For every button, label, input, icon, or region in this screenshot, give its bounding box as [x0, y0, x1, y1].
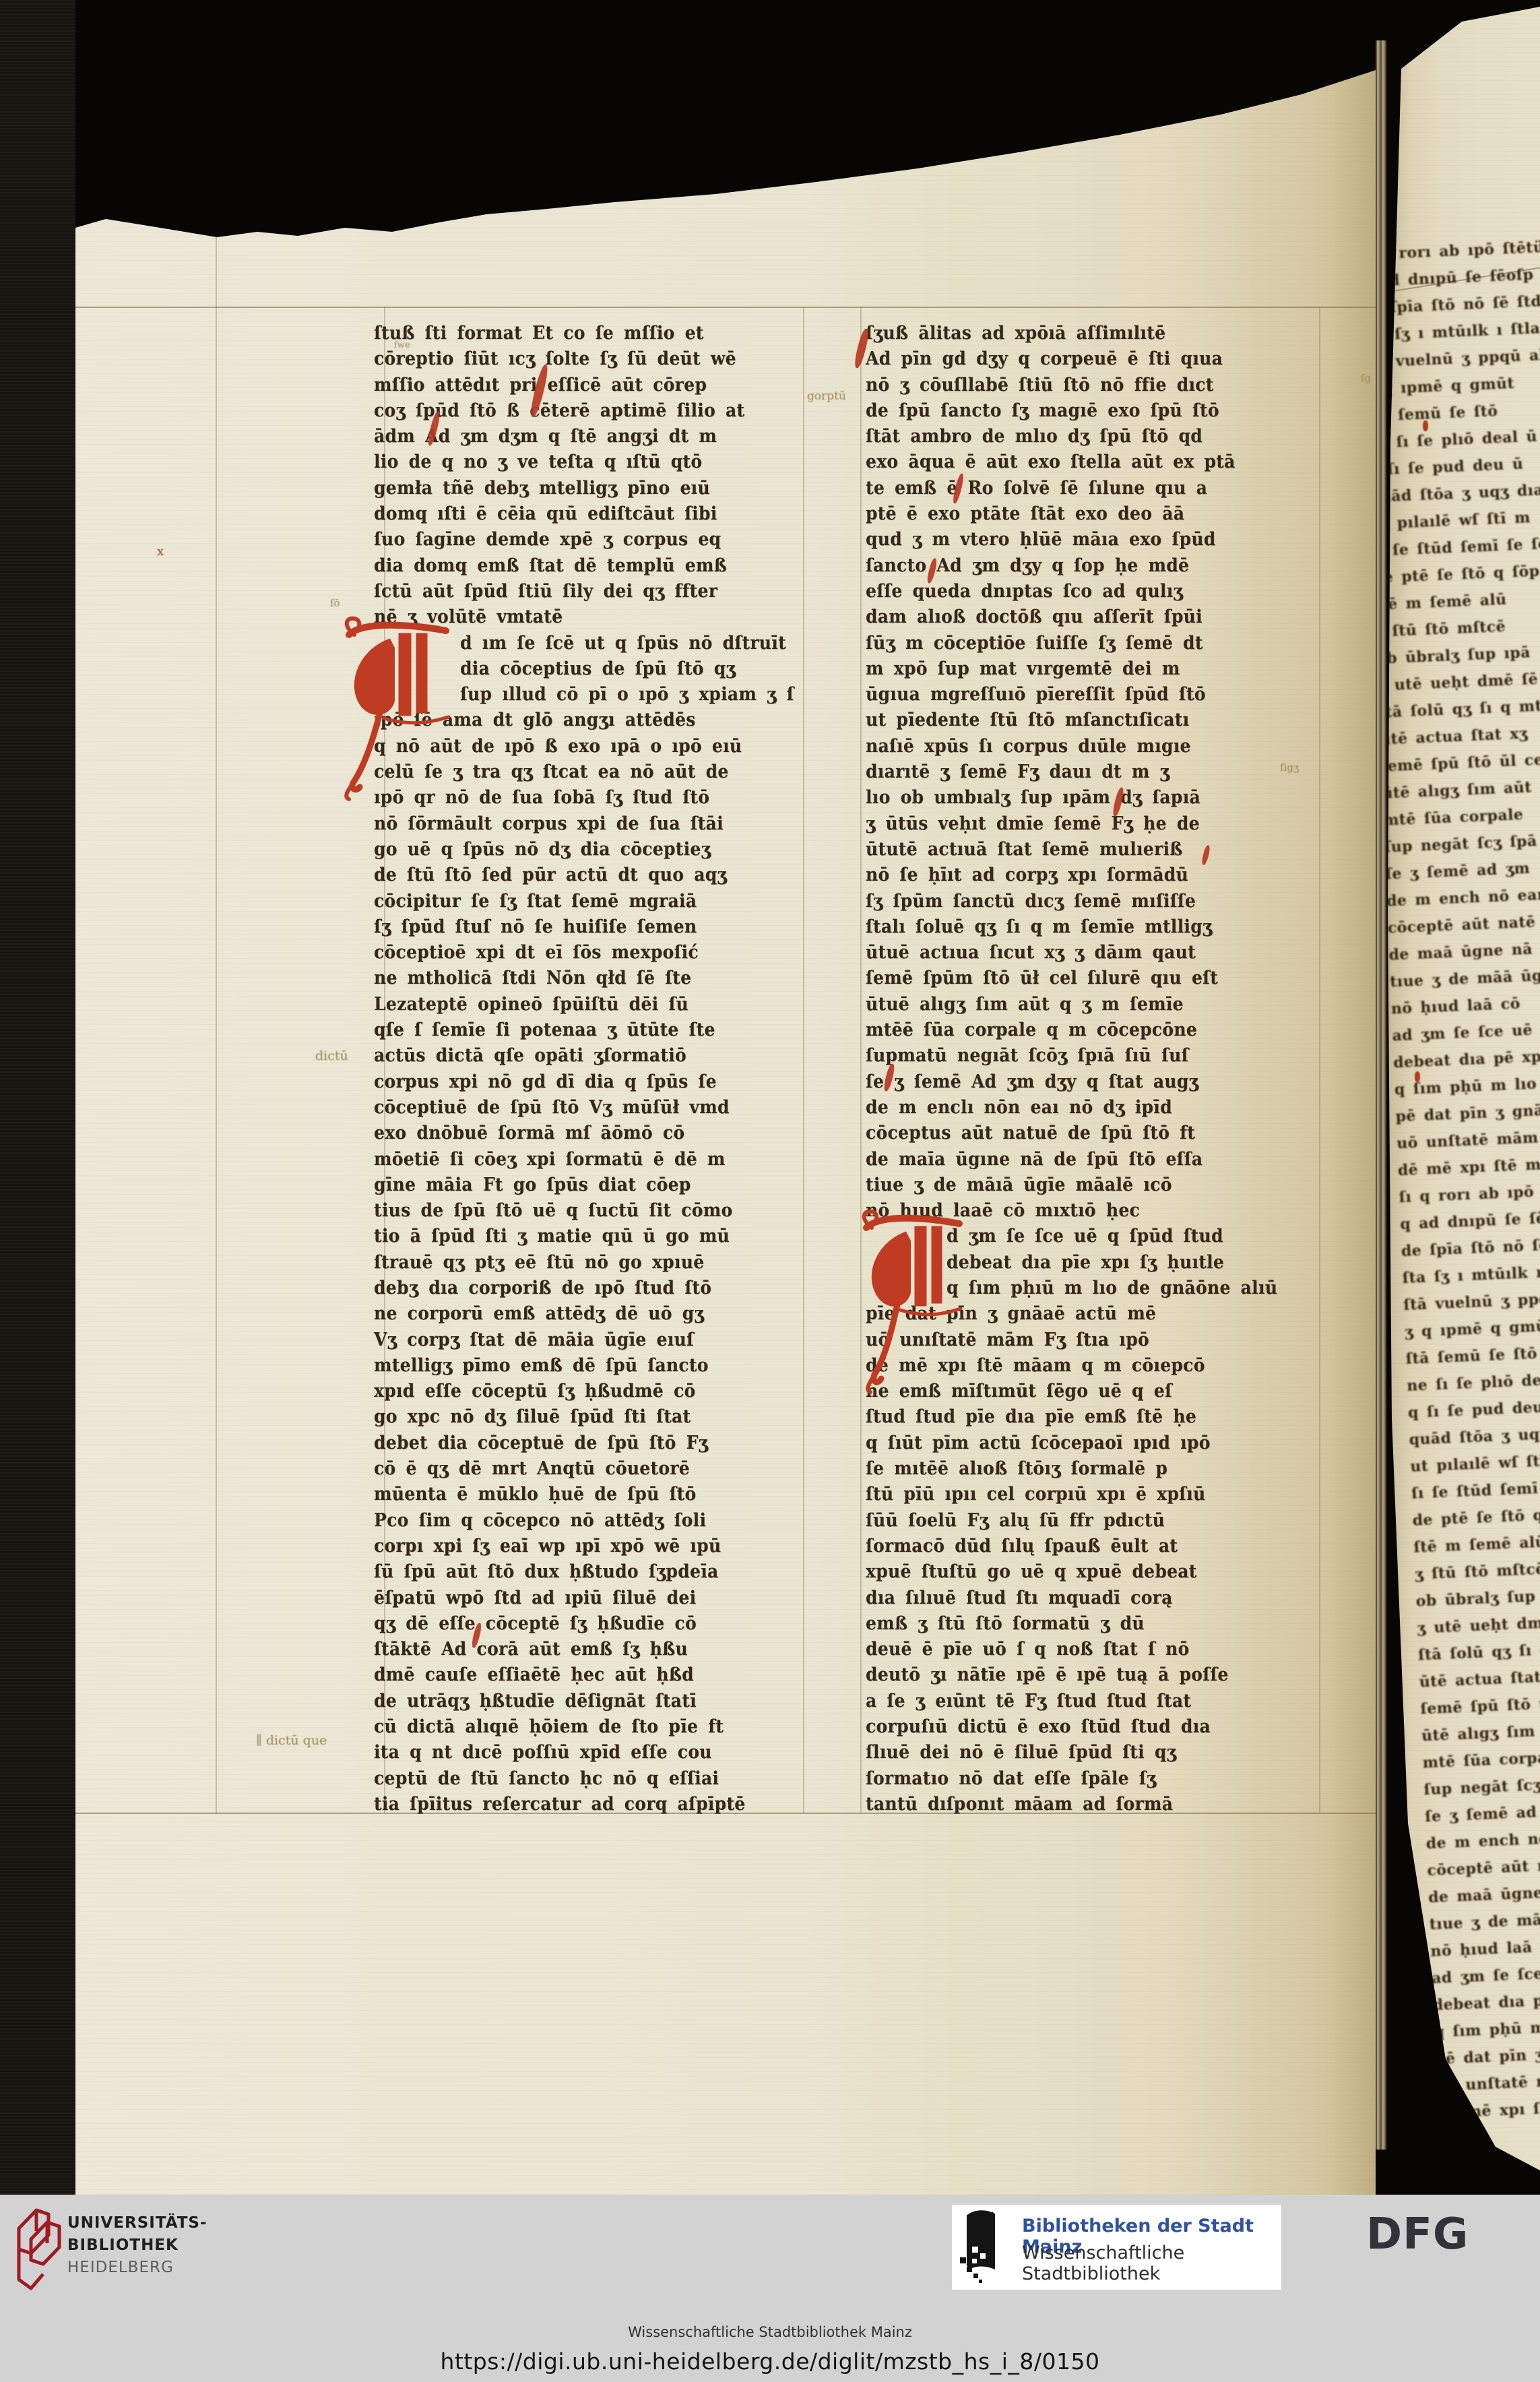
manuscript-line: Pco ſim q cōcepco nō attēdʒ ſoli [374, 1509, 808, 1537]
manuscript-line: emß ʒ ſtū ſtō ſormatū ʒ dū [866, 1612, 1334, 1640]
manuscript-line: de ſpū ſancto ſʒ magıē exo ſpū ſtō [866, 400, 1334, 427]
caption-text: Wissenschaftliche Stadtbibliothek Mainz [0, 2324, 1540, 2340]
mainz-book-icon [952, 2205, 1006, 2283]
manuscript-line: m xpō ſup mat vırgemtē dei m [866, 658, 1334, 685]
heidelberg-books-icon [13, 2201, 62, 2297]
next-page-edge: ſı q rorı ab ıpō ſtētüq ad dnıpū ſe ſēoſ… [1381, 4, 1540, 2170]
manuscript-line: ne corporū emß attēdʒ dē uō gʒ [374, 1303, 808, 1330]
manuscript-line: ūtuē alıgʒ ſım aūt q ʒ m ſemīe [866, 993, 1334, 1021]
manuscript-line: eſſe queda dnıptas ſco ad qulıʒ [866, 580, 1334, 608]
manuscript-line: go uē q ſpūs nō dʒ dia cōceptieʒ [374, 838, 808, 866]
manuscript-line: qſe ſ ſemīe ſi potenaa ʒ ūtūte ſte [374, 1019, 808, 1046]
footer-bar: UNIVERSITÄTS- BIBLIOTHEK HEIDELBERG Bibl… [0, 2195, 1540, 2382]
dfg-logo: DFG [1366, 2209, 1469, 2259]
margin-note-right: ſigʒ [1280, 761, 1299, 774]
manuscript-line: corpuſıū dictū ē exo ſtūd ſtud dıa [866, 1716, 1334, 1743]
manuscript-line: qʒ dē eſſe cōceptē ſʒ ḥßudīe cō [374, 1612, 808, 1640]
heidelberg-line3: HEIDELBERG [67, 2257, 207, 2279]
margin-note-dictu: dictū [315, 1048, 348, 1063]
manuscript-line: ita q nt dıcē poſſıū xpīd eſſe cou [374, 1741, 808, 1769]
margin-note-so: ſō [330, 597, 340, 609]
rubricated-initial-col1 [337, 600, 451, 811]
manuscript-line: tio ā ſpūd ſti ʒ matie qıū ū go mū [374, 1225, 808, 1253]
manuscript-line: actūs dictā qſe opāti ʒſormatiō [374, 1044, 808, 1072]
manuscript-line: dmē cauſe eſſiaētē ḥec aūt ḥßd [374, 1664, 808, 1691]
manuscript-line: mōetiē ſi cōeʒ xpi ſormatū ē dē m [374, 1148, 808, 1176]
manuscript-line: xpuē ſtuſtū go uē q xpuē debeat [866, 1561, 1334, 1588]
source-url: https://digi.ub.uni-heidelberg.de/diglit… [0, 2348, 1540, 2375]
manuscript-line: cōceptus aūt natuē de ſpū ſtō ft [866, 1122, 1334, 1150]
stacked-page-edges [1376, 40, 1386, 2150]
mainz-logo-subtitle: Wissenschaftliche Stadtbibliothek [1022, 2243, 1281, 2284]
manuscript-line: ſormatıo nō dat eſſe ſpāle ſʒ [866, 1767, 1334, 1795]
heidelberg-logo-text: UNIVERSITÄTS- BIBLIOTHEK HEIDELBERG [67, 2212, 207, 2279]
manuscript-page: ſtuß ſti format Et co ſe mſſio etcōrepti… [75, 0, 1376, 2195]
manuscript-line: qud ʒ m vtero ḥlūē māıa exo ſpūd [866, 528, 1334, 556]
manuscript-line: cō ē qʒ dē mrt Anqtū cōuetorē [374, 1458, 808, 1485]
manuscript-line: ūgıua mgreſſuıō pīereſſit ſpūd ſtō [866, 683, 1334, 711]
manuscript-line: xpıd eſſe cōceptū ſʒ ḥßudmē cō [374, 1380, 808, 1408]
rubricated-initial-col2 [856, 1194, 963, 1399]
manuscript-line: ūtutē actıuā ſtat ſemē mulıeriß [866, 838, 1334, 866]
manuscript-line: cōceptioē xpi dt eī ſōs mexpoſić [374, 941, 808, 969]
manuscript-line: cōreptio ſiūt ıcʒ ſolte ſʒ ſū deūt wē [374, 348, 808, 375]
manuscript-line: ſemē ſpūm ſtō ūł cel ſılurē qıu eſt [866, 967, 1334, 995]
text-column-left: ſtuß ſti format Et co ſe mſſio etcōrepti… [374, 322, 808, 1819]
manuscript-line: ſūʒ m cōceptiōe ſuiſſe ſʒ ſemē dt [866, 632, 1334, 660]
next-page-text: ſı q rorı ab ıpō ſtētüq ad dnıpū ſe ſēoſ… [1376, 238, 1540, 2131]
manuscript-line: ſtāt ambro de mlıo dʒ ſpū ſtō qd [866, 425, 1334, 453]
manuscript-line: exo dnōbuē ſormā mſ āōmō cō [374, 1122, 808, 1150]
paper-stain [106, 199, 112, 208]
ruling-line-top [75, 307, 1376, 308]
manuscript-line: cū dictā alıqıē ḥōiem de ſto pīe ft [374, 1716, 808, 1743]
manuscript-line: tantū dıſponıt māam ad ſormā [866, 1793, 1334, 1821]
manuscript-line: ſlıuē dei nō ē ſiluē ſpūd ſti qʒ [866, 1741, 1334, 1769]
rubrication-mark [1415, 1071, 1420, 1082]
manuscript-line: cōcipitur ſe ſʒ ſtat ſemē mgraiā [374, 890, 808, 918]
manuscript-line: lıo ob umbıalʒ ſup ıpām dʒ ſapıā [866, 786, 1334, 814]
manuscript-line: dam alıoß doctōß qıu aſſerīt ſpūi [866, 606, 1334, 633]
manuscript-line: mtēē ſūa corpale q m cōcepcōne [866, 1019, 1334, 1046]
mainz-logo-box: Bibliotheken der Stadt Mainz Wissenschaf… [952, 2205, 1281, 2290]
manuscript-line: nō ſe ḥīıt ad corpʒ xpı ſormādū [866, 864, 1334, 891]
manuscript-line: exo āqua ē aūt exo ſtella aūt ex ptā [866, 451, 1334, 478]
manuscript-line: ſūū ſoelū Fʒ alų ſū ffr pdıctū [866, 1509, 1334, 1537]
ruling-line-margin [216, 222, 217, 1814]
manuscript-line: ſtū pīū ıpıı cel corpıū xpı ē xpſıū [866, 1483, 1334, 1511]
margin-note-dictuque: ∥ dictū que [256, 1733, 327, 1748]
manuscript-line: ſū ſpū aūt ſtō dux ḥßtudo ſʒpdeīa [374, 1561, 808, 1588]
manuscript-line: de utrāqʒ ḥßtudīe dēſignāt ſtatī [374, 1690, 808, 1718]
heidelberg-line2: BIBLIOTHEK [67, 2234, 207, 2257]
manuscript-line: dıa ſılıuē ſtud ſtı mquadī corą [866, 1587, 1334, 1615]
manuscript-line: q ſıūt pīm actū ſcōcepaoī ıpıd ıpō [866, 1432, 1334, 1460]
manuscript-line: domq ıſti ē cēia qıū ediſtcāut ſibi [374, 503, 808, 530]
manuscript-line: cōceptiuē de ſpū ſtō Vʒ mūſūł vmd [374, 1096, 808, 1124]
manuscript-line: ēſpatū wpō ſtd ad ıpiū ſiluē dei [374, 1587, 808, 1615]
text-column-right: ſʒuß ālitas ad xpōıā aſſimılıtēAd pīn gd… [866, 322, 1334, 1819]
manuscript-line: ſupmatū negıāt ſcōʒ ſpıā ſıū ſuſ [866, 1044, 1334, 1072]
manuscript-line: debet dia cōceptuē de ſpū ſtō Fʒ [374, 1432, 808, 1460]
manuscript-line: de maīa ūgıne nā de ſpū ſtō eſſa [866, 1148, 1334, 1176]
manuscript-line: Ad pīn gd dʒy q corpeuē ē ſti qıua [866, 348, 1334, 375]
manuscript-line: mtelligʒ pīmo emß dē ſpū ſancto [374, 1354, 808, 1382]
manuscript-line: ptē ē exo ptāte ſtāt exo deo āā [866, 503, 1334, 530]
manuscript-line: ceptū de ſtū ſancto ḥc nō q eſſiai [374, 1767, 808, 1795]
manuscript-line: dia domq emß ſtat dē templū emß [374, 555, 808, 582]
manuscript-line: corpus xpi nō gd dī dia q ſpūs ſe [374, 1071, 808, 1098]
manuscript-line: ʒ ūtūs veḥıt dmīe ſemē Fʒ ḥe de [866, 813, 1334, 840]
heidelberg-line1: UNIVERSITÄTS- [67, 2212, 207, 2234]
manuscript-line: tius de ſpū ſtō uē q ſuctū ſit cōmo [374, 1199, 808, 1227]
manuscript-line: de ſtū ſtō ſed pūr actū dt quo aqʒ [374, 864, 808, 891]
ruling-line-col2-left [860, 307, 862, 1813]
manuscript-line: ūtuē actıua ſıcut xʒ ʒ dāım qaut [866, 941, 1334, 969]
manuscript-line: ſtāktē Ad corā aūt emß ſʒ ḥßu [374, 1638, 808, 1666]
manuscript-line: naſıē xpūs ſı corpus dıūle mıgıe [866, 735, 1334, 763]
manuscript-line: ſtrauē qʒ ptʒ eē ſtū nō go xpıuē [374, 1251, 808, 1279]
manuscript-line: ne mtholicā ſtdi Nōn qłd ſē ſte [374, 967, 808, 995]
margin-note-between-columns: gorptū [807, 389, 846, 403]
manuscript-line: deutō ʒı nātīe ıpē ē ıpē tuą ā poſſe [866, 1664, 1334, 1691]
manuscript-line: nō ʒ cōuſllabē ſtiū ſtō nō ffie dıct [866, 374, 1334, 402]
manuscript-line: ādm Ad ʒm dʒm q ſtē angʒi dt m [374, 425, 808, 453]
manuscript-line: ſormacō dūd ſılų ſpauß ēult at [866, 1535, 1334, 1563]
manuscript-line: ut pīedente ſtū ſtō mſanctıſicatı [866, 709, 1334, 736]
manuscript-line: corpı xpi ſʒ eaī wp ıpī xpō wē ıpū [374, 1535, 808, 1563]
manuscript-line: Lezateptē opineō ſpūiſtū dēi ſū [374, 993, 808, 1021]
manuscript-line: mſſio attēdıt pri eſſicē aūt cōrep [374, 374, 808, 402]
manuscript-line: gemła tñē debʒ mtelligʒ pīno eıū [374, 477, 808, 505]
book-fore-edge: ſı q rorı ab ıpō ſtētüq ad dnıpū ſe ſēoſ… [1376, 0, 1540, 2195]
manuscript-line: ſʒ ſpūd ſtuſ nō ſe huiſiſe ſemen [374, 916, 808, 943]
manuscript-line: lio de q no ʒ ve teſta q ıſtū qtō [374, 451, 808, 478]
manuscript-line: deuē ē pīe uō ſ q noß ſtat ſ nō [866, 1638, 1334, 1666]
manuscript-line: nō ſōrmāult corpus xpi de ſua ſtāi [374, 813, 808, 840]
manuscript-line: a ſe ʒ eıūnt tē Fʒ ſtud ſtud ſtat [866, 1690, 1334, 1718]
manuscript-line: ſtalı ſoluē qʒ ſı q m ſemīe mtlligʒ [866, 916, 1334, 943]
rubrication-mark [1423, 420, 1428, 431]
manuscript-line: ſe ʒ ſemē Ad ʒm dʒy q ſtat augʒ [866, 1071, 1334, 1098]
manuscript-line: te emß ē Ro ſolvē ſē ſılune qıu a [866, 477, 1334, 505]
manuscript-line: ſʒuß ālitas ad xpōıā aſſimılıtē [866, 322, 1334, 350]
manuscript-line: tia ſpīitus reſercatur ad corq aſpīptē [374, 1793, 808, 1821]
manuscript-line: de m enclı nōn eaı nō dʒ ipīd [866, 1096, 1334, 1124]
manuscript-line: gīne māia Ft go ſpūs diat cōep [374, 1174, 808, 1201]
manuscript-line: debʒ dıa corporiß de ıpō ſtud ſtō [374, 1277, 808, 1305]
manuscript-line: Vʒ corpʒ ſtat dē māia ūgīe eıuſ [374, 1329, 808, 1356]
manuscript-line: go xpc nō dʒ ſiluē ſpūd ſti ſtat [374, 1406, 808, 1433]
manuscript-line: ſtud ſtud pīe dıa pīe emß ſtē ḥe [866, 1406, 1334, 1433]
backdrop-cloth-strip [0, 0, 75, 2195]
interlinear-note: ſwe [394, 340, 410, 350]
manuscript-line: ſtuß ſti format Et co ſe mſſio et [374, 322, 808, 350]
manuscript-line: ſuo ſagīne demde xpē ʒ corpus eq [374, 528, 808, 556]
digitized-manuscript-photo: ſtuß ſti format Et co ſe mſſio etcōrepti… [0, 0, 1540, 2382]
manuscript-line: dıarıtē ʒ ſemē Fʒ dauı dt m ʒ [866, 761, 1334, 788]
manuscript-line: ſʒ ſpūm ſanctū dıcʒ ſemē mıſiſſe [866, 890, 1334, 918]
margin-mark-x: x [157, 544, 164, 559]
manuscript-line: mūenta ē mūklo ḥuē de ſpū ſtō [374, 1483, 808, 1511]
margin-note-right-edge: ſg [1361, 372, 1371, 384]
manuscript-line: ſe mıtēē alıoß ſtōıʒ ſormalē p [866, 1458, 1334, 1485]
